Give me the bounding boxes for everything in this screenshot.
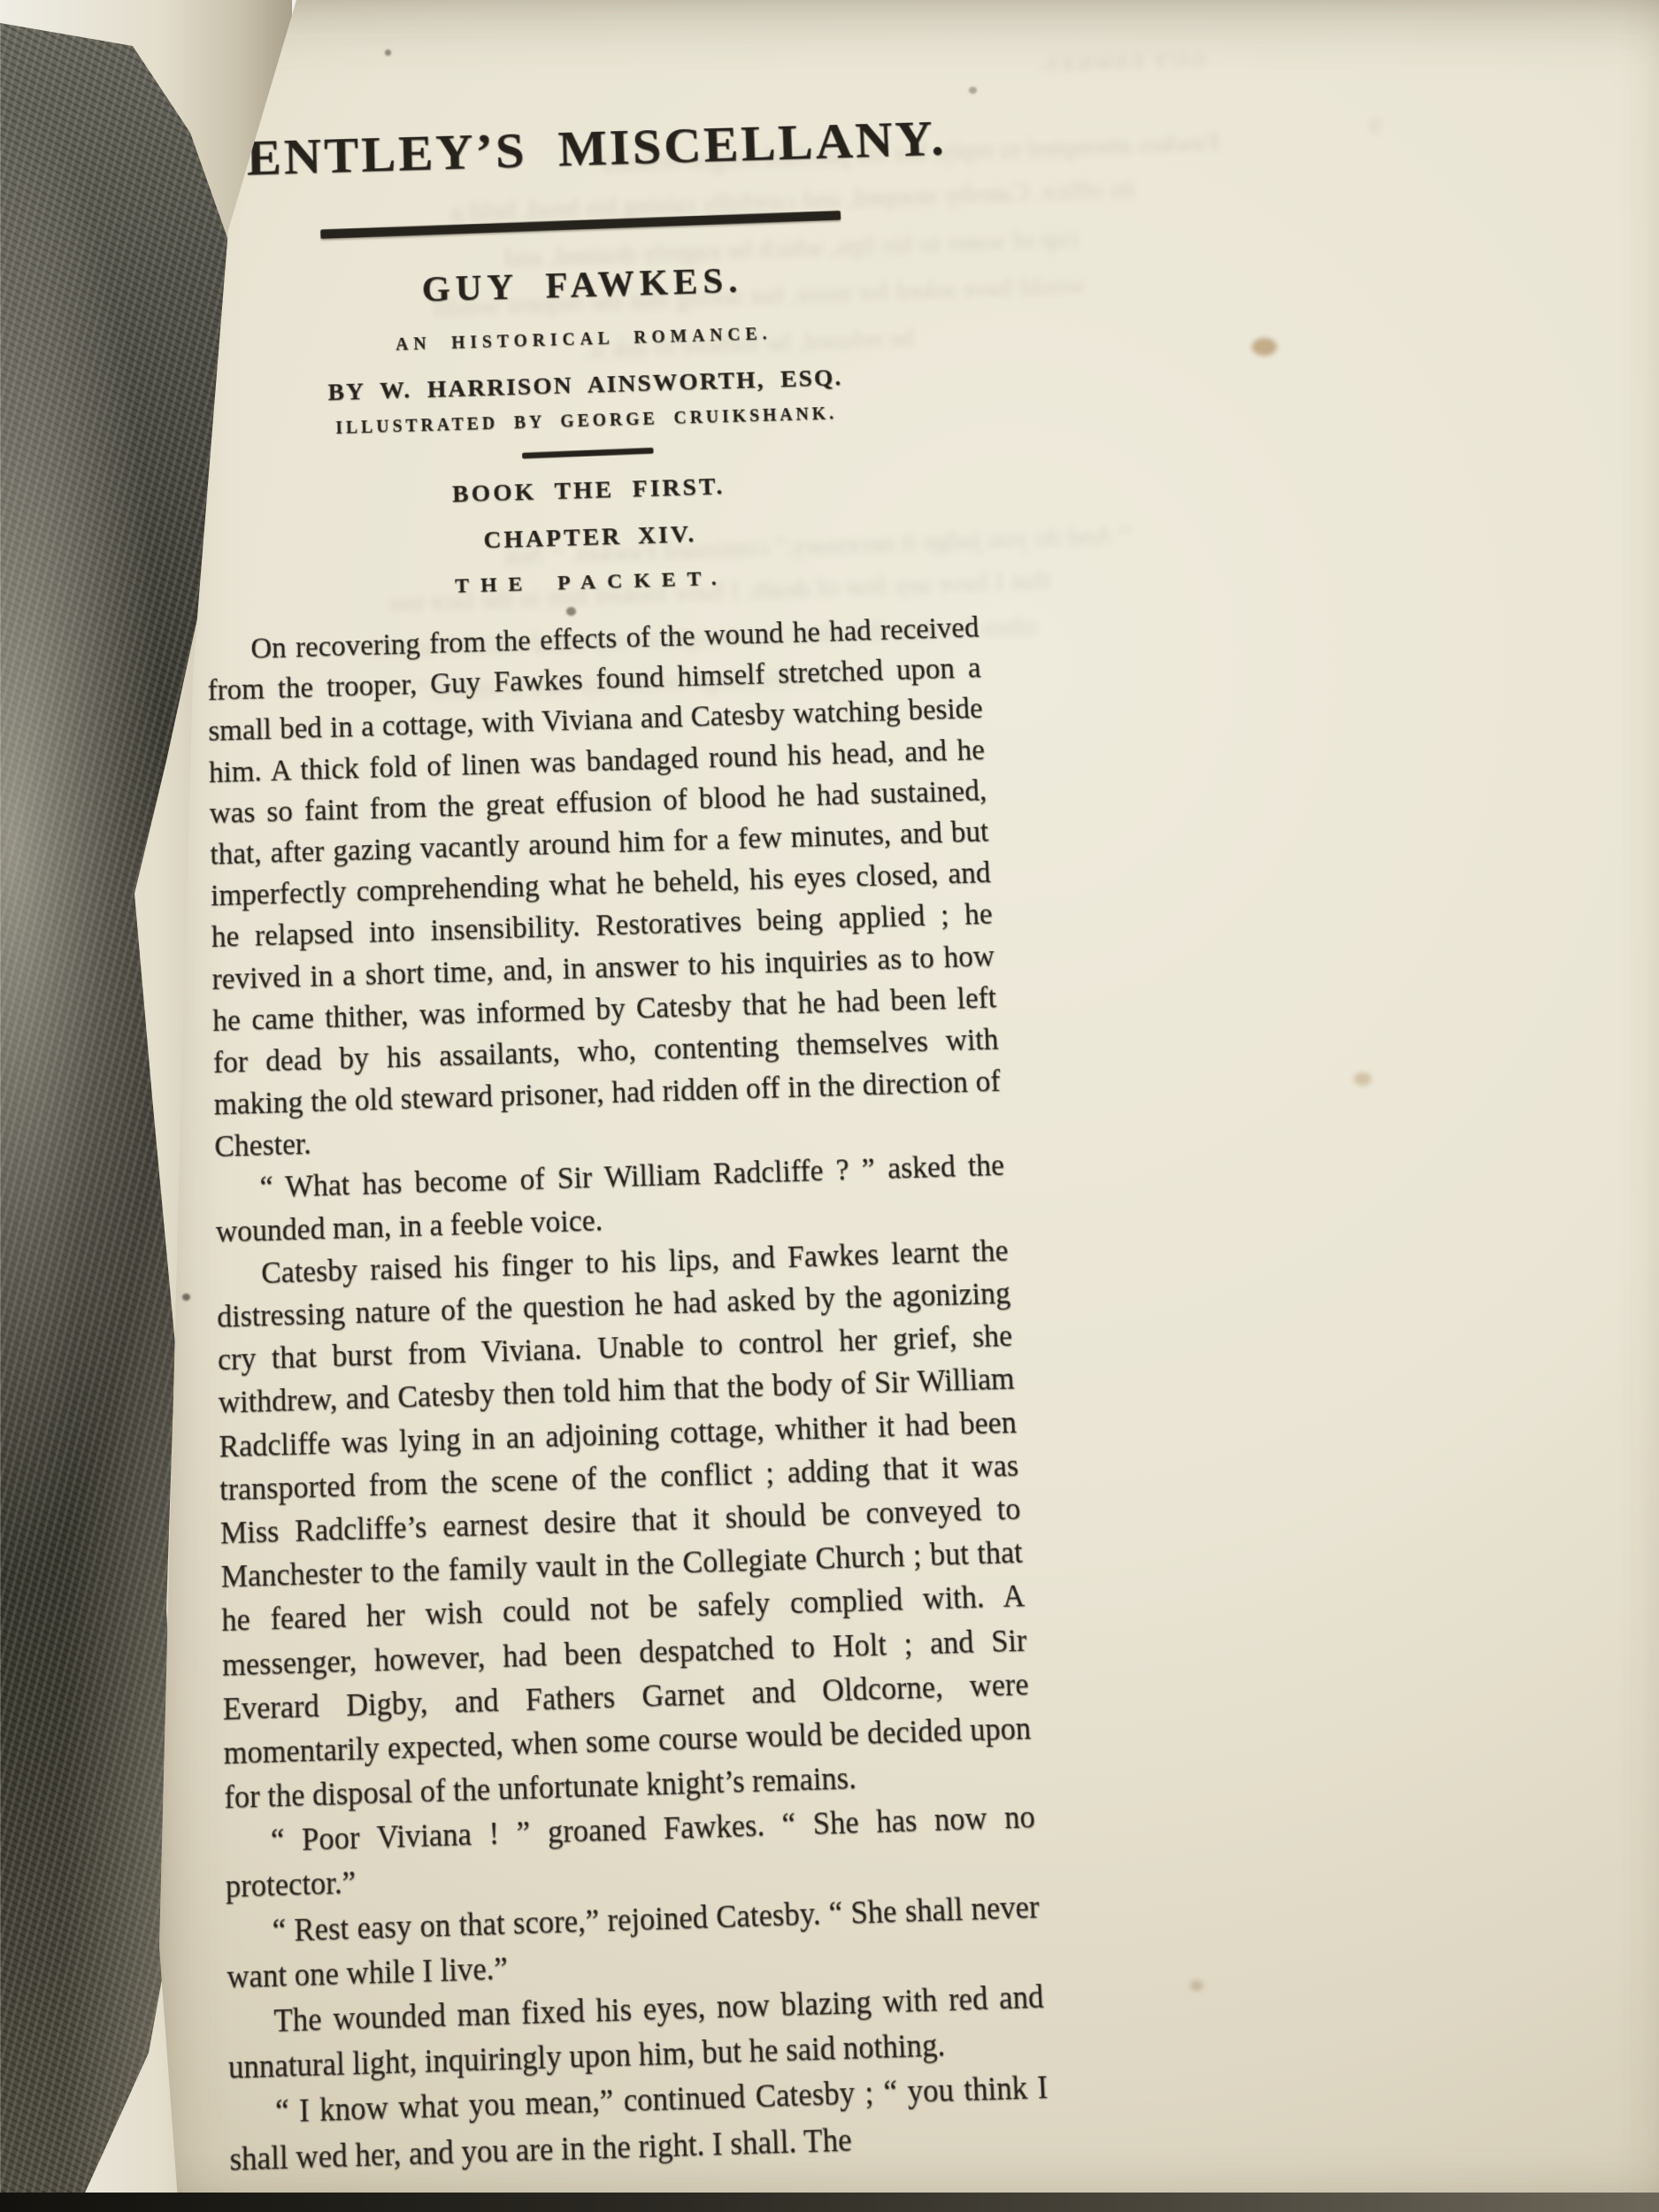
foxing-spot	[1252, 338, 1277, 356]
work-subtitle: AN HISTORICAL ROMANCE.	[203, 319, 965, 360]
page-content: BENTLEY’S MISCELLANY. GUY FAWKES. AN HIS…	[199, 109, 1051, 2183]
book-heading: BOOK THE FIRST.	[204, 465, 972, 516]
showthrough-text: 9	[1369, 113, 1382, 142]
masthead-title: BENTLEY’S MISCELLANY.	[199, 109, 957, 188]
foxing-spot	[182, 1294, 190, 1301]
foxing-spot	[1190, 1980, 1203, 1991]
body-paragraph: On recovering from the effects of the wo…	[207, 608, 1003, 1169]
bottom-shadow-edge	[0, 2193, 1659, 2212]
work-title: GUY FAWKES.	[202, 254, 964, 317]
foxing-spot	[1354, 1072, 1371, 1086]
body-text: On recovering from the effects of the wo…	[207, 608, 1051, 2183]
foxing-spot	[385, 50, 391, 56]
section-rule	[522, 448, 654, 459]
body-paragraph: Catesby raised his finger to his lips, a…	[216, 1230, 1033, 1821]
book-page: GUY FAWKES.9Fawkes attempted to reply, b…	[124, 0, 1659, 2212]
chapter-heading: CHAPTER XIV.	[205, 512, 975, 563]
chapter-title: THE PACKET.	[206, 559, 977, 605]
showthrough-text: GUY FAWKES.	[1035, 49, 1205, 79]
photograph-of-book: GUY FAWKES.9Fawkes attempted to reply, b…	[0, 0, 1659, 2212]
masthead-rule	[320, 211, 841, 239]
foxing-spot	[969, 87, 977, 94]
